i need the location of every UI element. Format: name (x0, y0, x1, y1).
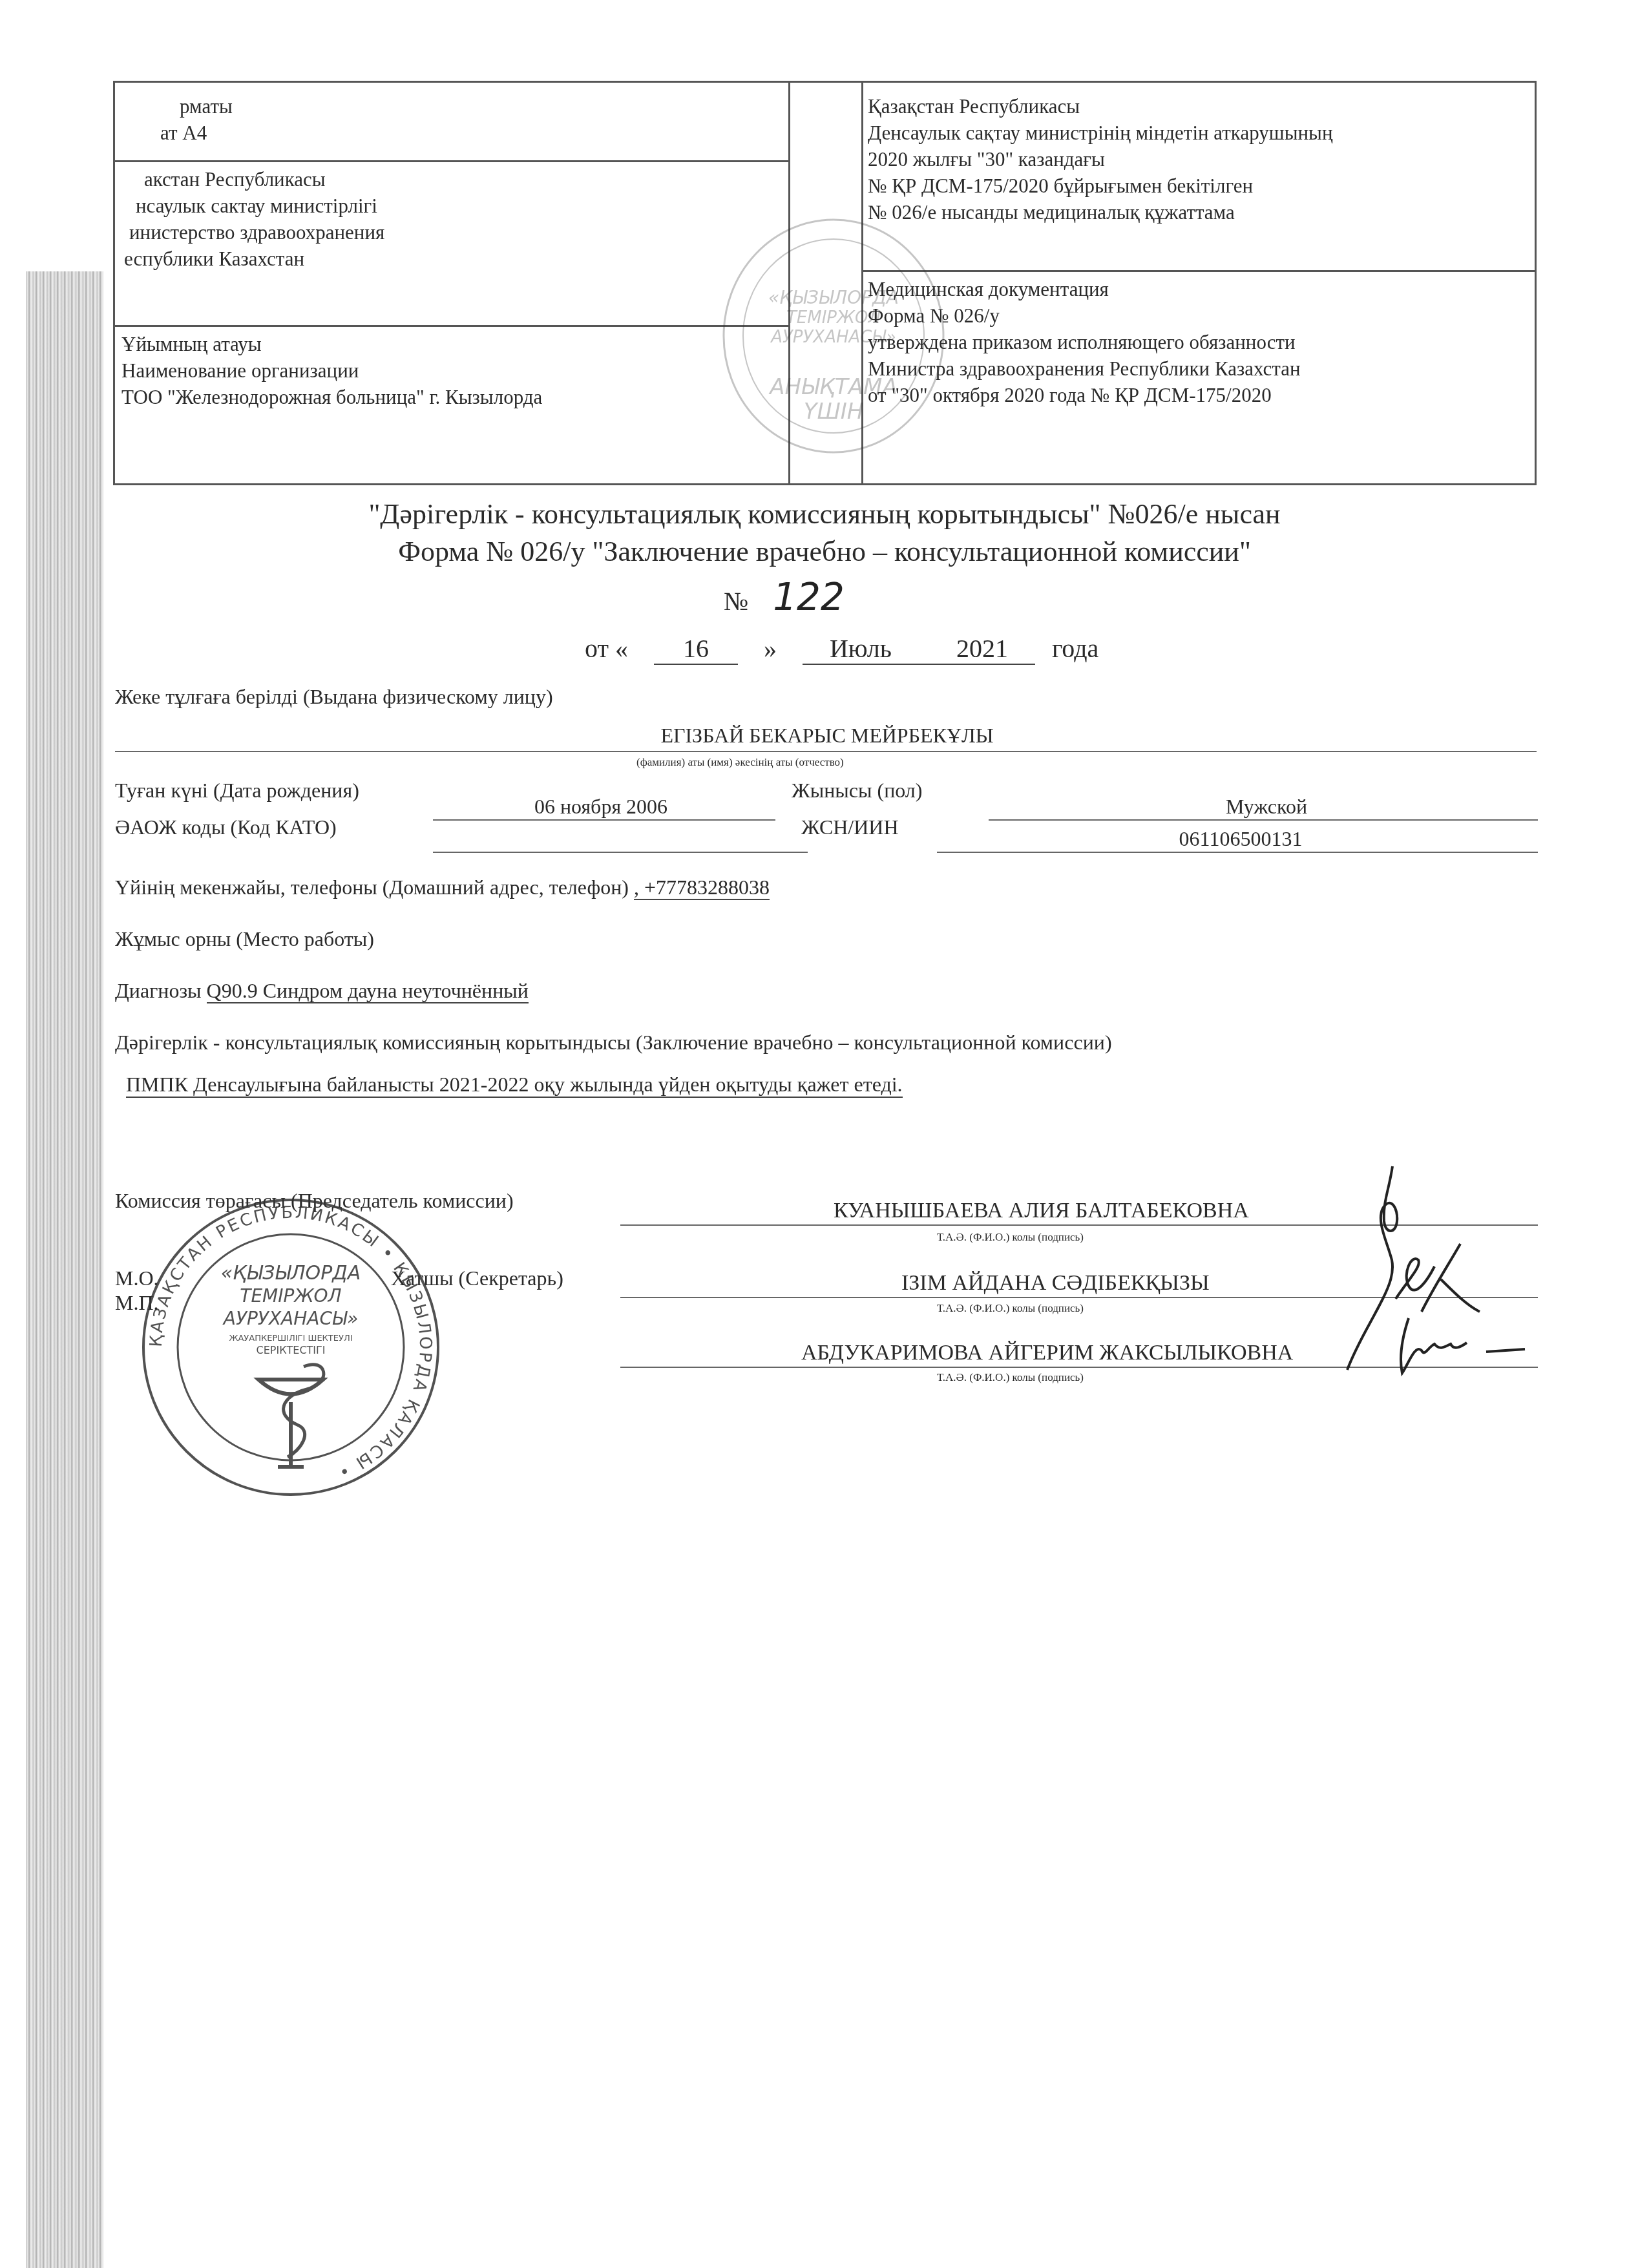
issued-to-label: Жеке тұлғаға берілді (Выдана физическому… (115, 685, 553, 709)
date-suffix: года (1052, 634, 1098, 663)
form-title-kz: "Дәрігерлік - консультациялық комиссияны… (0, 498, 1649, 530)
number-label: № (724, 587, 748, 616)
member-caption: Т.А.Ә. (Ф.И.О.) колы (подпись) (937, 1302, 1084, 1315)
format-value: ат А4 (121, 120, 784, 146)
scanner-edge-shadow (26, 271, 103, 2268)
form-title-ru: Форма № 026/у "Заключение врачебно – кон… (0, 535, 1649, 568)
svg-text:АНЫҚТАМА: АНЫҚТАМА (768, 374, 897, 400)
ministry-ru-line-1: инистерство здравоохранения (121, 219, 784, 246)
secretary-name: АБДУКАРИМОВА АЙГЕРИМ ЖАКСЫЛЫКОВНА (801, 1341, 1293, 1365)
approval-ru-line: Министра здравоохранения Республики Каза… (868, 355, 1528, 382)
kato-label: ӘАОЖ коды (Код КАТО) (115, 815, 337, 839)
conclusion-label: Дәрігерлік - консультациялық комиссияның… (115, 1031, 1112, 1055)
faded-stamp-header: «ҚЫЗЫЛОРДА ТЕМІРЖОЛ АУРУХАНАСЫ» АНЫҚТАМА… (717, 213, 950, 459)
format-label: рматы (121, 93, 784, 120)
header-right-column: Қазақстан Республикасы Денсаулык сақтау … (861, 83, 1535, 483)
date-close-quote: » (764, 634, 777, 663)
form-number: № 122 (724, 575, 845, 619)
svg-text:«ҚЫЗЫЛОРДА: «ҚЫЗЫЛОРДА (768, 287, 899, 308)
number-value-handwritten: 122 (773, 575, 845, 619)
approval-kz-line: 2020 жылғы "30" казандағы (868, 146, 1528, 173)
address-label-text: Үйінің мекенжайы, телефоны (Домашний адр… (115, 876, 629, 899)
svg-text:ТЕМІРЖОЛ: ТЕМІРЖОЛ (240, 1285, 341, 1307)
ministry-cell: акстан Республикасы нсаулык сактау минис… (115, 160, 790, 325)
secretary-signature (1389, 1312, 1531, 1383)
member-name: ІЗІМ АЙДАНА СӘДІБЕКҚЫЗЫ (901, 1271, 1210, 1296)
org-label-ru: Наименование организации (121, 357, 784, 384)
org-label-kz: Ұйымның атауы (121, 331, 784, 357)
svg-text:СЕРІКТЕСТІГІ: СЕРІКТЕСТІГІ (256, 1344, 325, 1356)
org-name: ТОО "Железнодорожная больница" г. Кызыло… (121, 384, 784, 410)
svg-text:ҮШІН: ҮШІН (804, 399, 864, 425)
sex-underline (989, 819, 1538, 821)
approval-ru-cell: Медицинская документация Форма № 026/у у… (861, 270, 1535, 483)
chair-caption: Т.А.Ә. (Ф.И.О.) колы (подпись) (937, 1231, 1084, 1244)
address-label: Үйінің мекенжайы, телефоны (Домашний адр… (115, 876, 770, 899)
svg-text:«ҚЫЗЫЛОРДА: «ҚЫЗЫЛОРДА (221, 1262, 361, 1285)
approval-kz-line: № ҚР ДСМ-175/2020 бұйрығымен бекітілген (868, 173, 1528, 199)
ministry-kz-line-2: нсаулык сактау министірлігі (121, 193, 784, 219)
address-value: , +77783288038 (634, 876, 770, 900)
sex-label: Жынысы (пол) (792, 779, 922, 803)
date-day: 16 (654, 633, 738, 665)
svg-text:АУРУХАНАСЫ»: АУРУХАНАСЫ» (222, 1308, 358, 1329)
date-month-year: Июль 2021 (803, 633, 1035, 665)
approval-kz-cell: Қазақстан Республикасы Денсаулык сақтау … (861, 89, 1535, 277)
date-prefix: от « (585, 634, 628, 663)
full-name-caption: (фамилия) аты (имя) әкесінің аты (отчест… (636, 756, 844, 769)
diagnosis-label: Диагнозы Q90.9 Синдром дауна неуточнённы… (115, 979, 529, 1003)
work-label-text: Жұмыс орны (Место работы) (115, 927, 374, 950)
approval-ru-line: Медицинская документация (868, 276, 1528, 302)
patient-full-name: ЕГІЗБАЙ БЕКАРЫС МЕЙРБЕКҰЛЫ (582, 724, 1073, 748)
approval-kz-line: № 026/е нысанды медициналық құжаттама (868, 199, 1528, 226)
sex-value: Мужской (989, 795, 1544, 819)
approval-ru-line: от "30" октября 2020 года № ҚР ДСМ-175/2… (868, 382, 1528, 408)
diagnosis-value: Q90.9 Синдром дауна неуточнённый (207, 979, 529, 1003)
iin-value: 061106500131 (937, 827, 1544, 851)
conclusion-value: ПМПК Денсаулығына байланысты 2021-2022 о… (126, 1073, 903, 1098)
svg-text:АУРУХАНАСЫ»: АУРУХАНАСЫ» (770, 328, 896, 347)
dob-underline (433, 819, 775, 821)
issue-date: от « 16 » Июль 2021 года (585, 633, 1098, 665)
diagnosis-label-text: Диагнозы (115, 979, 202, 1002)
date-year: 2021 (956, 634, 1008, 663)
date-month: Июль (830, 634, 892, 663)
iin-underline (937, 852, 1538, 853)
organization-cell: Ұйымның атауы Наименование организации Т… (115, 325, 790, 483)
secretary-caption: Т.А.Ә. (Ф.И.О.) колы (подпись) (937, 1371, 1084, 1384)
dob-label: Туған күні (Дата рождения) (115, 779, 359, 803)
iin-label: ЖСН/ИИН (801, 815, 899, 839)
organization-round-stamp: ҚАЗАҚСТАН РЕСПУБЛИКАСЫ • ҚЫЗЫЛОРДА ҚАЛАС… (139, 1195, 443, 1499)
ministry-kz-line-1: акстан Республикасы (121, 166, 784, 193)
dob-value: 06 ноября 2006 (433, 795, 769, 819)
chair-name: КУАНЫШБАЕВА АЛИЯ БАЛТАБЕКОВНА (834, 1199, 1249, 1223)
format-cell: рматы ат А4 (115, 89, 790, 160)
approval-kz-line: Денсаулык сақтау министрінің міндетін ат… (868, 120, 1528, 146)
ministry-ru-line-2: еспублики Казахстан (121, 246, 784, 272)
full-name-underline (115, 751, 1537, 752)
work-label: Жұмыс орны (Место работы) (115, 927, 374, 951)
header-left-column: рматы ат А4 акстан Республикасы нсаулык … (113, 83, 790, 483)
approval-kz-line: Қазақстан Республикасы (868, 93, 1528, 120)
svg-text:ТЕМІРЖОЛ: ТЕМІРЖОЛ (786, 308, 881, 328)
svg-text:ЖАУАПКЕРШІЛІГІ ШЕКТЕУЛІ: ЖАУАПКЕРШІЛІГІ ШЕКТЕУЛІ (229, 1334, 352, 1343)
kato-underline (433, 852, 808, 853)
approval-ru-line: утверждена приказом исполняющего обязанн… (868, 329, 1528, 355)
approval-ru-line: Форма № 026/у (868, 302, 1528, 329)
